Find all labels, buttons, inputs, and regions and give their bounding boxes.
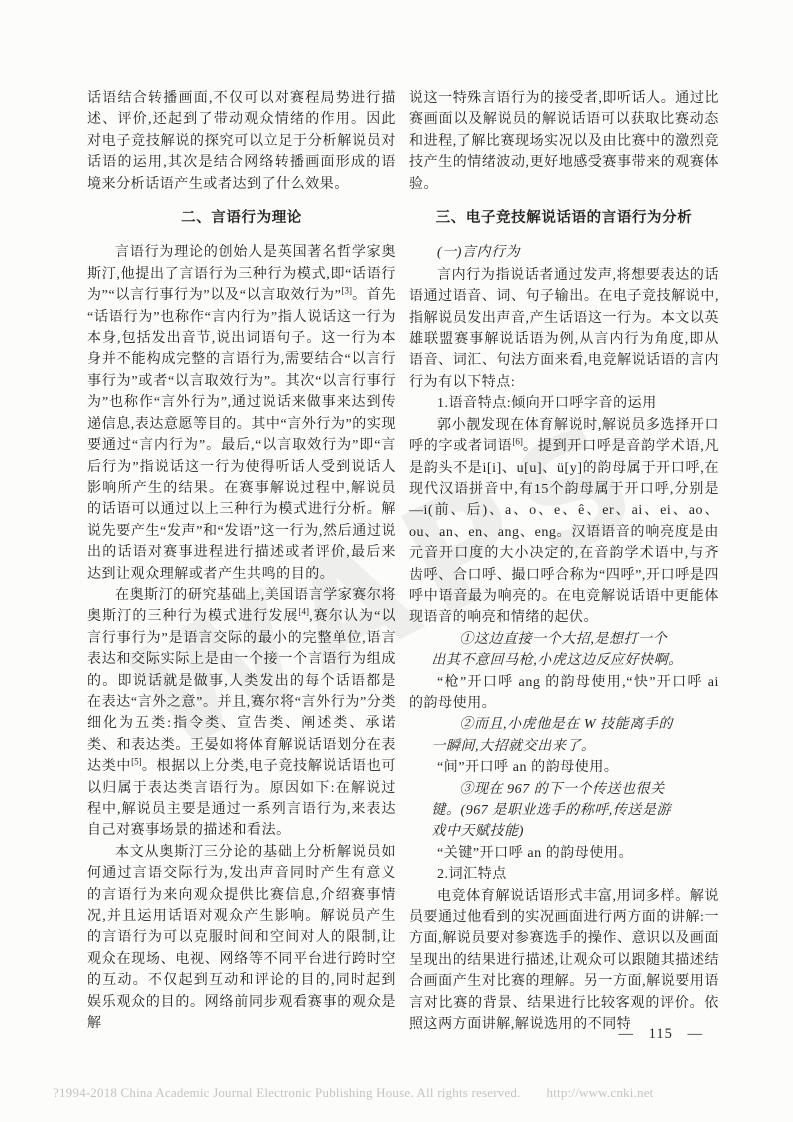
reference-marker: [6] <box>512 436 523 446</box>
footer-url: http://www.cnki.net <box>547 1085 654 1101</box>
example-quote-block: ②而且,小虎他是在 W 技能离手的一瞬间,大招就交出来了。 <box>409 714 719 757</box>
sub-heading: (一)言内行为 <box>409 242 719 263</box>
section-heading: 二、言语行为理论 <box>87 208 396 229</box>
page-number: — 115 — <box>409 1026 719 1043</box>
right-column: 说这一特殊言语行为的接受者,即听话人。通过比赛画面以及解说员的解说话语可以获取比… <box>409 88 719 1035</box>
quote-line: ③现在 967 的下一个传送也很关 <box>409 779 719 800</box>
paragraph: 言内行为指说话者通过发声,将想要表达的话语通过语音、词、句子输出。在电子竞技解说… <box>409 265 719 393</box>
quote-line: 戏中天赋技能) <box>409 821 719 842</box>
quote-line: 键。(967 是职业选手的称呼,传送是游 <box>409 800 719 821</box>
left-column: 话语结合转播画面,不仅可以对赛程局势进行描述、评价,还起到了带动观众情绪的作用。… <box>87 88 396 1034</box>
example-quote-block: ③现在 967 的下一个传送也很关键。(967 是职业选手的称呼,传送是游戏中天… <box>409 779 719 843</box>
reference-marker: [5] <box>131 757 142 767</box>
footer: ?1994-2018 China Academic Journal Electr… <box>53 1085 773 1101</box>
example-quote-block: ①这边直接一个大招,是想打一个出其不意回马枪,小虎这边反应好快啊。 <box>409 629 719 672</box>
numbered-point: 1.语音特点:倾向开口呼字音的运用 <box>409 393 719 414</box>
quote-line: ②而且,小虎他是在 W 技能离手的 <box>409 714 719 735</box>
paragraph: 话语结合转播画面,不仅可以对赛程局势进行描述、评价,还起到了带动观众情绪的作用。… <box>87 88 396 195</box>
reference-marker: [3] <box>341 286 352 296</box>
reference-marker: [4] <box>299 607 310 617</box>
quote-line: 一瞬间,大招就交出来了。 <box>409 736 719 757</box>
paragraph: 在奥斯汀的研究基础上,美国语言学家赛尔将奥斯汀的三种行为模式进行发展[4],赛尔… <box>87 585 396 842</box>
footer-copyright: ?1994-2018 China Academic Journal Electr… <box>53 1085 521 1101</box>
paragraph: 言语行为理论的创始人是英国著名哲学家奥斯汀,他提出了言语行为三种行为模式,即“话… <box>87 242 396 585</box>
paragraph: 说这一特殊言语行为的接受者,即听话人。通过比赛画面以及解说员的解说话语可以获取比… <box>409 88 719 195</box>
paragraph: “间”开口呼 an 的韵母使用。 <box>409 757 719 778</box>
paragraph: “关键”开口呼 an 的韵母使用。 <box>409 843 719 864</box>
paragraph: 本文从奥斯汀三分论的基础上分析解说员如何通过言语交际行为,发出声音同时产生有意义… <box>87 842 396 1035</box>
paragraph: “枪”开口呼 ang 的韵母使用,“快”开口呼 ai 的韵母使用。 <box>409 672 719 715</box>
paper-page: WAPS 话语结合转播画面,不仅可以对赛程局势进行描述、评价,还起到了带动观众情… <box>0 0 793 1122</box>
paragraph: 郭小靓发现在体育解说时,解说员多选择开口呼的字或者词语[6]。提到开口呼是音韵学… <box>409 415 719 629</box>
numbered-point: 2.词汇特点 <box>409 864 719 885</box>
quote-line: 出其不意回马枪,小虎这边反应好快啊。 <box>409 650 719 671</box>
quote-line: ①这边直接一个大招,是想打一个 <box>409 629 719 650</box>
paragraph: 电竞体育解说话语形式丰富,用词多样。解说员要通过他看到的实况画面进行两方面的讲解… <box>409 886 719 1036</box>
section-heading: 三、电子竞技解说话语的言语行为分析 <box>409 208 719 229</box>
